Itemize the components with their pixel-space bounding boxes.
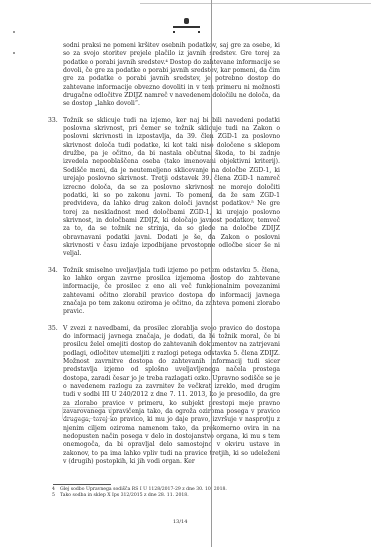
paragraph-text: Tožnik smiselno uveljavljala tudi izjemo… [63, 267, 280, 316]
scan-speck [13, 31, 15, 33]
footnotes: 4 Glej sodbo Upravnega sodišča RS I U 11… [52, 487, 292, 500]
footnote-divider [53, 484, 111, 485]
coat-of-arms-icon [172, 18, 202, 34]
faint-stamp [62, 407, 112, 419]
paragraph-33: 33. Tožnik se sklicuje tudi na izjemo, k… [63, 117, 280, 259]
footnote: 5 Tako sodba in sklep X Ips 312/2015 z d… [52, 493, 292, 499]
paragraph-number: 35. [48, 325, 58, 333]
document-body: sodni praksi ne pomeni kršitev osebnih p… [63, 42, 280, 467]
paragraph-number: 34. [48, 267, 58, 275]
scan-speck [13, 52, 15, 54]
paragraph-continued: sodni praksi ne pomeni kršitev osebnih p… [63, 42, 280, 109]
paragraph-34: 34. Tožnik smiselno uveljavljala tudi iz… [63, 267, 280, 317]
page-number: 13/14 [173, 519, 187, 525]
paragraph-number: 33. [48, 117, 58, 125]
scan-edge-line [140, 3, 371, 4]
scan-fold-line [211, 0, 212, 547]
paragraph-text: V zvezi z navedbami, da prosilec zlorabl… [63, 325, 280, 466]
paragraph-text: Tožnik se sklicuje tudi na izjemo, ker n… [63, 117, 280, 258]
paragraph-35: 35. V zvezi z navedbami, da prosilec zlo… [63, 325, 280, 467]
